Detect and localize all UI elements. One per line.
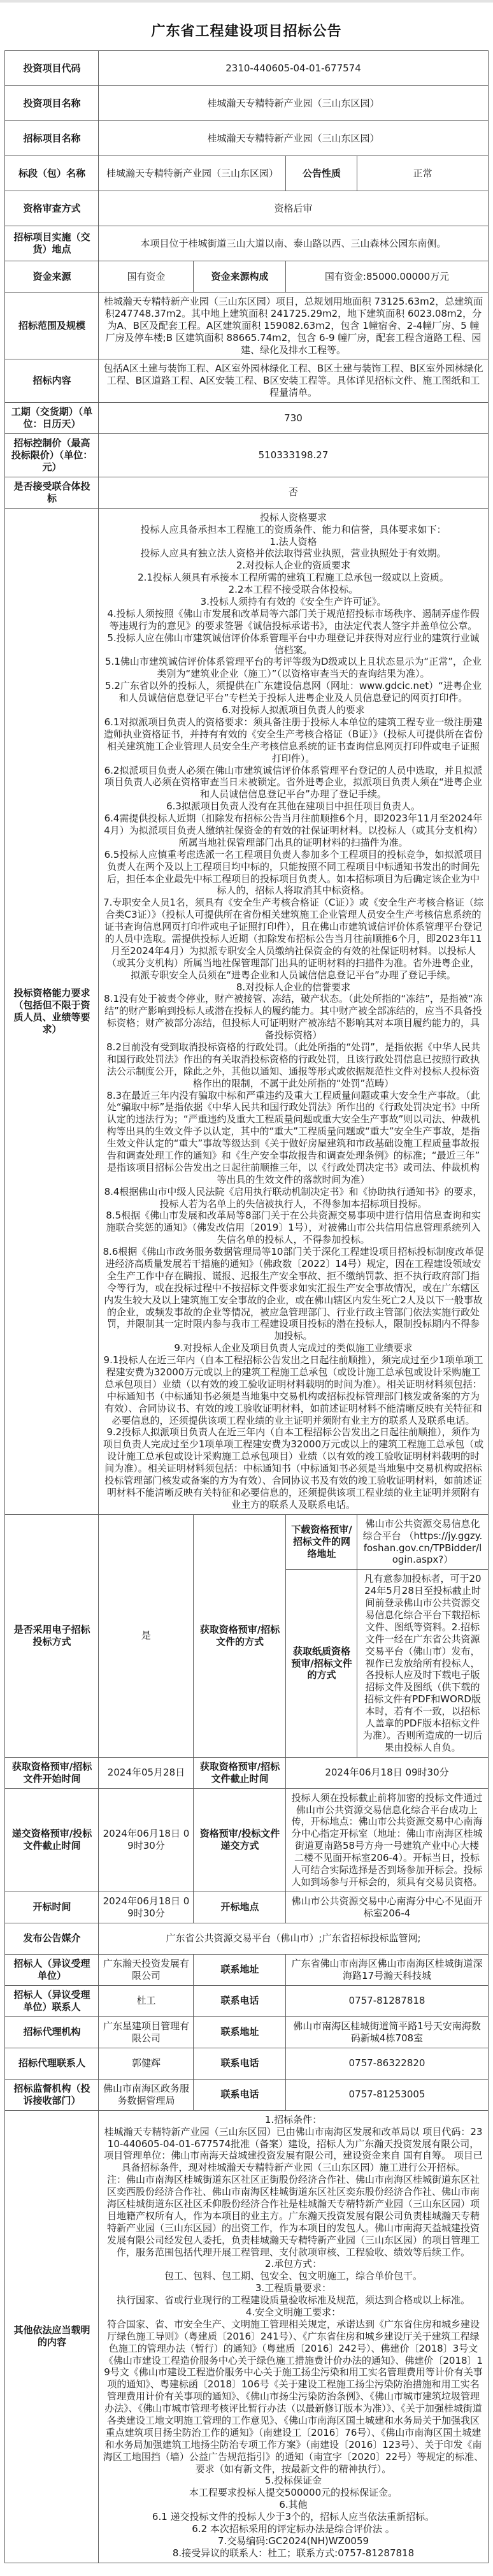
row-location: 招标项目实施（交货）地点 本项目位于桂城街道三山大道以南、泰山路以西、三山森林公… xyxy=(5,226,488,261)
tenderer-value: 广东瀚天投资发展有限公司 xyxy=(99,1954,194,1985)
agency-label: 招标代理机构 xyxy=(5,2016,99,2048)
bid-opening-value: 2024年06月18日 09时30分 xyxy=(99,1892,194,1923)
qualification-review-label: 资格审查方式 xyxy=(5,191,99,226)
row-funding: 资金来源 国有资金 资金来源构成 国有资金:85000.00000万元 xyxy=(5,261,488,293)
supervision-label: 招标监督机构（投诉接收部门） xyxy=(5,2079,99,2110)
tenderer-phone-value: 0757-81287818 xyxy=(286,1985,488,2016)
investment-project-name-label: 投资项目名称 xyxy=(5,86,99,121)
project-code-value: 2310-440605-04-01-677574 xyxy=(99,51,488,86)
submission-label: 递交资格预审/投标文件截止时间 xyxy=(5,1788,99,1892)
media-label: 发布公告媒介 xyxy=(5,1923,99,1954)
agency-contact-value: 郭健辉 xyxy=(99,2048,194,2079)
project-code-label: 投资项目代码 xyxy=(5,51,99,86)
other-content-label: 其他依法应当载明的内容 xyxy=(5,2110,99,2563)
paper-method-label: 获取纸质资格预审/招标文件的方式 xyxy=(286,1570,357,1757)
row-supervision: 招标监督机构（投诉接收部门） 佛山市南海区政务服务数据管理局 联系电话 0757… xyxy=(5,2079,488,2110)
investment-project-name-value: 桂城瀚天专精特新产业园（三山东区园） xyxy=(99,86,488,121)
tender-notice-table: 投资项目代码 2310-440605-04-01-677574 投资项目名称 桂… xyxy=(4,50,488,2563)
tenderer-address-label: 联系地址 xyxy=(194,1954,286,1985)
supervision-phone-value: 0757-81253005 xyxy=(286,2079,488,2110)
scope-label: 招标范围及规模 xyxy=(5,293,99,359)
section-label: 标段（包）名称 xyxy=(5,156,99,191)
agency-contact-label: 招标代理联系人 xyxy=(5,2048,99,2079)
funding-value: 国有资金 xyxy=(99,261,194,293)
tenderer-contact-value: 杜工 xyxy=(99,1985,194,2016)
control-price-label: 招标控制价（最高投标限价）（单位：元） xyxy=(5,434,99,477)
agency-phone-label: 联系电话 xyxy=(194,2048,286,2079)
bid-opening-place-value: 佛山市公共资源交易中心南海分中心不见面开标室206-4 xyxy=(286,1892,488,1923)
section-value: 桂城瀚天专精特新产业园（三山东区园） xyxy=(99,156,286,191)
bid-opening-place-label: 开标地点 xyxy=(194,1892,286,1923)
location-value: 本项目位于桂城街道三山大道以南、泰山路以西、三山森林公园东南侧。 xyxy=(99,226,488,261)
duration-label: 工期（交货期）（单位：日历天） xyxy=(5,403,99,434)
qualification-review-value: 资格后审 xyxy=(99,191,488,226)
row-other-content: 其他依法应当载明的内容 1.招标条件： 桂城瀚天专精特新产业园（三山东区园）已由… xyxy=(5,2110,488,2563)
tenderer-contact-label: 招标人（异议受理单位）联系人 xyxy=(5,1985,99,2016)
duration-value: 730 xyxy=(99,403,488,434)
submission-value: 2024年06月18日 09时30分 xyxy=(99,1788,194,1892)
submission-method-value: 投标人须在投标截止前将加密的投标文件通过佛山市公共资源交易信息化综合平台成功上传… xyxy=(286,1788,488,1892)
agency-address-value: 佛山市南海区桂城街道简平路1号天安南海数码新城4栋708室 xyxy=(286,2016,488,2048)
row-qualification-review: 资格审查方式 资格后审 xyxy=(5,191,488,226)
row-obtain-time: 获取资格预审/招标文件开始时间 2024年05月28日 获取资格预审/招标文件截… xyxy=(5,1757,488,1788)
obtain-method-label: 获取资格预审/招标文件的方式 xyxy=(194,1514,286,1757)
funding-composition-label: 资金来源构成 xyxy=(194,261,286,293)
download-url-label: 下载资格预审/招标文件的网络地址 xyxy=(286,1514,357,1570)
agency-phone-value: 0757-86322820 xyxy=(286,2048,488,2079)
row-bid-opening: 开标时间 2024年06月18日 09时30分 开标地点 佛山市公共资源交易中心… xyxy=(5,1892,488,1923)
media-value: 广东省公共资源交易平台（佛山市）;广东省招标投标监管网; xyxy=(99,1923,488,1954)
row-submission: 递交资格预审/投标文件截止时间 2024年06月18日 09时30分 资格预审/… xyxy=(5,1788,488,1892)
content-value: 包括A区土建与装饰工程、A区室外园林绿化工程、B区土建与装饰工程、B区室外园林绿… xyxy=(99,359,488,403)
row-consortium: 是否接受联合体投标 否 xyxy=(5,477,488,508)
download-url-value: 佛山市公共资源交易信息化综合平台 （https://jy.ggzy.foshan… xyxy=(357,1514,488,1570)
row-tenderer: 招标人（异议受理单位） 广东瀚天投资发展有限公司 联系地址 广东省佛山市南海区佛… xyxy=(5,1954,488,1985)
tenderer-address-value: 广东省佛山市南海区佛山市南海区桂城街道深海路17号瀚天科技城 xyxy=(286,1954,488,1985)
obtain-deadline-value: 2024年06月18日 09时30分 xyxy=(286,1757,488,1788)
page-top-strip xyxy=(0,0,493,3)
row-agency-contact: 招标代理联系人 郭健辉 联系电话 0757-86322820 xyxy=(5,2048,488,2079)
row-investment-project-name: 投资项目名称 桂城瀚天专精特新产业园（三山东区园） xyxy=(5,86,488,121)
bid-opening-label: 开标时间 xyxy=(5,1892,99,1923)
row-control-price: 招标控制价（最高投标限价）（单位：元） 510333198.27 xyxy=(5,434,488,477)
tender-project-name-label: 招标项目名称 xyxy=(5,121,99,156)
tender-project-name-value: 桂城瀚天专精特新产业园（三山东区园） xyxy=(99,121,488,156)
obtain-time-label: 获取资格预审/招标文件开始时间 xyxy=(5,1757,99,1788)
location-label: 招标项目实施（交货）地点 xyxy=(5,226,99,261)
other-content-value: 1.招标条件： 桂城瀚天专精特新产业园（三山东区园）已由佛山市南海区发展和改革局… xyxy=(99,2110,488,2563)
row-media: 发布公告媒介 广东省公共资源交易平台（佛山市）;广东省招标投标监管网; xyxy=(5,1923,488,1954)
obtain-deadline-label: 获取资格预审/招标文件截止时间 xyxy=(194,1757,286,1788)
consortium-label: 是否接受联合体投标 xyxy=(5,477,99,508)
paper-method-value: 凡有意参加投标者，可于2024年5月28日至投标截止时间前登录佛山市公共资源交易… xyxy=(357,1570,488,1757)
row-qualification-requirements: 投标资格能力要求（包括但不限于资质人员、业绩等要求） 投标人资格要求 投标人应具… xyxy=(5,508,488,1514)
notice-nature-label: 公告性质 xyxy=(286,156,357,191)
row-scope: 招标范围及规模 桂城瀚天专精特新产业园（三山东区园）项目，总规划用地面积 731… xyxy=(5,293,488,359)
electronic-bidding-value: 是 xyxy=(99,1514,194,1757)
row-agency: 招标代理机构 广东星建项目管理有限公司 联系地址 佛山市南海区桂城街道简平路1号… xyxy=(5,2016,488,2048)
supervision-phone-label: 联系电话 xyxy=(194,2079,286,2110)
row-content: 招标内容 包括A区土建与装饰工程、A区室外园林绿化工程、B区土建与装饰工程、B区… xyxy=(5,359,488,403)
control-price-value: 510333198.27 xyxy=(99,434,488,477)
scope-value: 桂城瀚天专精特新产业园（三山东区园）项目，总规划用地面积 73125.63m2，… xyxy=(99,293,488,359)
row-tenderer-contact: 招标人（异议受理单位）联系人 杜工 联系电话 0757-81287818 xyxy=(5,1985,488,2016)
notice-nature-value: 正常 xyxy=(357,156,488,191)
row-section: 标段（包）名称 桂城瀚天专精特新产业园（三山东区园） 公告性质 正常 xyxy=(5,156,488,191)
supervision-value: 佛山市南海区政务服务数据管理局 xyxy=(99,2079,194,2110)
funding-label: 资金来源 xyxy=(5,261,99,293)
row-tender-project-name: 招标项目名称 桂城瀚天专精特新产业园（三山东区园） xyxy=(5,121,488,156)
consortium-value: 否 xyxy=(99,477,488,508)
content-label: 招标内容 xyxy=(5,359,99,403)
tenderer-label: 招标人（异议受理单位） xyxy=(5,1954,99,1985)
row-electronic-bidding: 是否采用电子招标投标方式 是 获取资格预审/招标文件的方式 下载资格预审/招标文… xyxy=(5,1514,488,1570)
page-title: 广东省工程建设项目招标公告 xyxy=(0,20,493,40)
agency-value: 广东星建项目管理有限公司 xyxy=(99,2016,194,2048)
electronic-bidding-label: 是否采用电子招标投标方式 xyxy=(5,1514,99,1757)
qualification-requirements-value: 投标人资格要求 投标人应具备承担本工程施工的资质条件、能力和信誉，具体要求如下：… xyxy=(99,508,488,1514)
obtain-time-value: 2024年05月28日 xyxy=(99,1757,194,1788)
row-duration: 工期（交货期）（单位：日历天） 730 xyxy=(5,403,488,434)
submission-method-label: 资格预审/投标文件递交方式 xyxy=(194,1788,286,1892)
row-project-code: 投资项目代码 2310-440605-04-01-677574 xyxy=(5,51,488,86)
qualification-requirements-label: 投标资格能力要求（包括但不限于资质人员、业绩等要求） xyxy=(5,508,99,1514)
funding-composition-value: 国有资金:85000.00000万元 xyxy=(286,261,488,293)
tender-notice-page: 广东省工程建设项目招标公告 投资项目代码 2310-440605-04-01-6… xyxy=(0,20,493,2563)
agency-address-label: 联系地址 xyxy=(194,2016,286,2048)
tenderer-phone-label: 联系电话 xyxy=(194,1985,286,2016)
